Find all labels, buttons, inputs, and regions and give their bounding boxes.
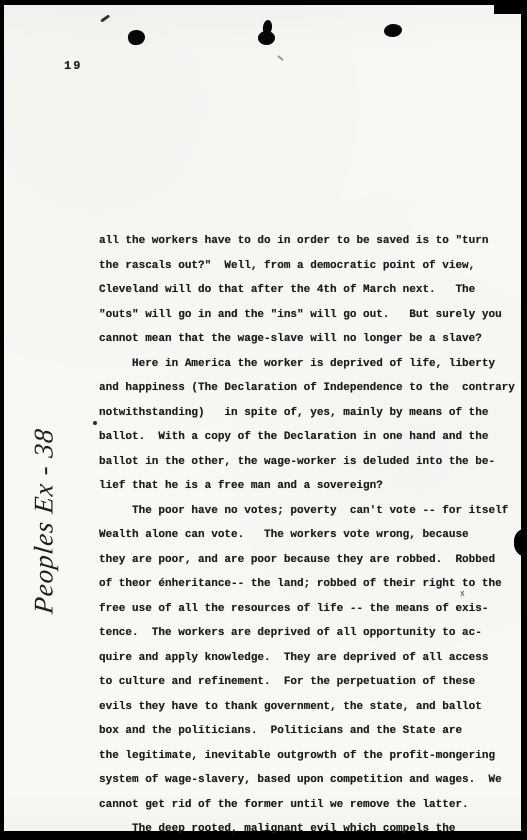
typed-line: box and the politicians. Politicians and… [99,719,519,744]
typed-line: ballot. With a copy of the Declaration i… [99,425,519,450]
typed-line: all the workers have to do in order to b… [99,229,519,254]
typed-line: they are poor, and are poor because they… [99,548,519,573]
typed-line: Wealth alone can vote. The workers vote … [99,523,519,548]
scratch-mark-icon [100,14,110,22]
ink-blob-icon [258,31,275,45]
typed-line: Cleveland will do that after the 4th of … [99,278,519,303]
typed-line: evils they have to thank government, the… [99,695,519,720]
typed-line: free use of all the resources of life --… [99,597,519,622]
typed-line: ballot in the other, the wage-worker is … [99,450,519,475]
typed-line: The deep rooted, malignant evil which co… [99,817,519,840]
stray-ink-dot-icon [93,421,97,425]
handwritten-exhibit-note: Peoples Ex - 38 [29,427,60,615]
typed-line: and happiness (The Declaration of Indepe… [99,376,519,401]
typed-line: The poor have no votes; poverty can't vo… [99,499,519,524]
typed-line: quire and apply knowledge. They are depr… [99,646,519,671]
typed-line: cannot mean that the wage-slave will no … [99,327,519,352]
typed-line: tence. The workers are deprived of all o… [99,621,519,646]
typed-line: cannot get rid of the former until we re… [99,793,519,818]
typed-line: of theor énheritance-- the land; robbed … [99,572,519,597]
scan-corner-notch [494,0,527,14]
typed-line: the legitimate, inevitable outgrowth of … [99,744,519,769]
ink-blob-icon [127,29,146,47]
typed-line: Here in America the worker is deprived o… [99,352,519,377]
typed-line: to culture and refinement. For the perpe… [99,670,519,695]
faint-mark-icon [277,55,284,61]
scanned-page: 19 all the workers have to do in order t… [0,0,527,840]
typed-line: "outs" will go in and the "ins" will go … [99,303,519,328]
typed-line: system of wage-slavery, based upon compe… [99,768,519,793]
typed-line: the rascals out?" Well, from a democrati… [99,254,519,279]
typed-line: notwithstanding) in spite of, yes, mainl… [99,401,519,426]
typed-line: lief that he is a free man and a soverei… [99,474,519,499]
page-number: 19 [64,59,82,73]
ink-blob-icon [383,23,402,38]
typed-text-block: all the workers have to do in order to b… [99,229,519,840]
paper-sheet: 19 all the workers have to do in order t… [4,5,521,831]
